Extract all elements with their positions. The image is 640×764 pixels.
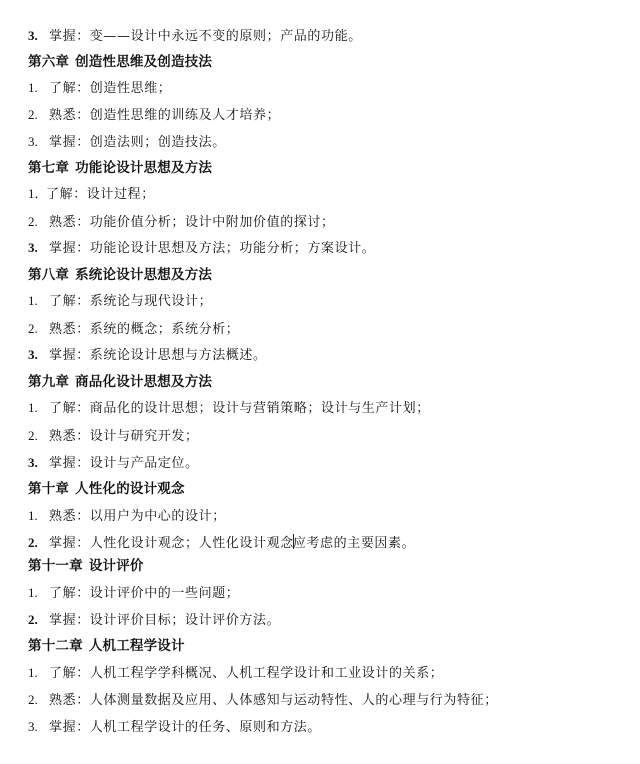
item-number: 1. [28, 506, 49, 526]
chapter-heading: 第六章创造性思维及创造技法 [28, 52, 212, 72]
chapter-number: 第八章 [28, 267, 69, 283]
item-number: 3. [28, 26, 49, 46]
item-text: 掌握：变——设计中永远不变的原则；产品的功能。 [49, 29, 362, 44]
chapter-title: 人机工程学设计 [89, 638, 185, 654]
item-text: 掌握：设计评价目标；设计评价方法。 [49, 613, 280, 628]
item-text: 掌握：人机工程学设计的任务、原则和方法。 [49, 720, 321, 735]
item-number: 1. [28, 398, 49, 418]
item-text: 熟悉：人体测量数据及应用、人体感知与运动特性、人的心理与行为特征； [49, 693, 498, 708]
list-item: 2.掌握：设计评价目标；设计评价方法。 [28, 610, 280, 630]
list-item: 1.了解：创造性思维； [28, 78, 171, 98]
item-number: 2. [28, 690, 49, 710]
item-number: 3. [28, 453, 49, 473]
chapter-number: 第十二章 [28, 638, 83, 654]
list-item: 1.了解：设计评价中的一些问题； [28, 583, 239, 603]
chapter-heading: 第八章系统论设计思想及方法 [28, 265, 212, 285]
item-text: 了解：设计过程； [46, 187, 155, 202]
item-number: 2. [28, 212, 49, 232]
chapter-number: 第十一章 [28, 558, 83, 574]
item-number: 1． [28, 184, 46, 204]
item-number: 1. [28, 78, 49, 98]
item-text: 了解：商品化的设计思想；设计与营销策略；设计与生产计划； [49, 401, 430, 416]
list-item: 2.熟悉：功能价值分析；设计中附加价值的探讨； [28, 212, 335, 232]
list-item: 1．了解：设计过程； [28, 184, 155, 204]
item-text: 了解：系统论与现代设计； [49, 294, 212, 309]
item-number: 2. [28, 533, 49, 553]
item-text: 掌握：功能论设计思想及方法；功能分析；方案设计。 [49, 241, 375, 256]
item-number: 3. [28, 345, 49, 365]
item-text-before-cursor: 掌握：人性化设计观念；人性化设计观念 [49, 536, 294, 551]
item-text: 了解：设计评价中的一些问题； [49, 586, 239, 601]
list-item: 3.掌握：系统论设计思想与方法概述。 [28, 345, 267, 365]
list-item: 2.熟悉：创造性思维的训练及人才培养； [28, 105, 280, 125]
list-item: 1.了解：系统论与现代设计； [28, 291, 212, 311]
chapter-title: 商品化设计思想及方法 [75, 374, 212, 390]
item-number: 1. [28, 291, 49, 311]
list-item: 2.熟悉：人体测量数据及应用、人体感知与运动特性、人的心理与行为特征； [28, 690, 498, 710]
chapter-number: 第六章 [28, 54, 69, 70]
list-item: 1.了解：商品化的设计思想；设计与营销策略；设计与生产计划； [28, 398, 430, 418]
item-number: 3. [28, 132, 49, 152]
list-item: 3.掌握：变——设计中永远不变的原则；产品的功能。 [28, 26, 362, 46]
item-text: 掌握：系统论设计思想与方法概述。 [49, 348, 267, 363]
chapter-heading: 第九章商品化设计思想及方法 [28, 372, 212, 392]
chapter-heading: 第十一章设计评价 [28, 556, 144, 576]
item-number: 2. [28, 105, 49, 125]
item-text: 掌握：设计与产品定位。 [49, 456, 199, 471]
item-text: 熟悉：创造性思维的训练及人才培养； [49, 108, 280, 123]
item-number: 3. [28, 238, 49, 258]
item-number: 3. [28, 717, 49, 737]
list-item: 2.熟悉：系统的概念；系统分析； [28, 319, 239, 339]
chapter-number: 第七章 [28, 160, 69, 176]
list-item: 2.掌握：人性化设计观念；人性化设计观念应考虑的主要因素。 [28, 533, 415, 553]
item-text-after-cursor: 应考虑的主要因素。 [293, 536, 415, 551]
chapter-heading: 第十二章人机工程学设计 [28, 636, 185, 656]
list-item: 3.掌握：人机工程学设计的任务、原则和方法。 [28, 717, 321, 737]
chapter-title: 系统论设计思想及方法 [75, 267, 212, 283]
list-item: 1.熟悉：以用户为中心的设计； [28, 506, 226, 526]
list-item: 3.掌握：创造法则；创造技法。 [28, 132, 226, 152]
item-number: 2. [28, 426, 49, 446]
chapter-title: 设计评价 [89, 558, 144, 574]
chapter-heading: 第七章功能论设计思想及方法 [28, 158, 212, 178]
item-number: 1. [28, 583, 49, 603]
list-item: 3.掌握：设计与产品定位。 [28, 453, 199, 473]
list-item: 3.掌握：功能论设计思想及方法；功能分析；方案设计。 [28, 238, 375, 258]
list-item: 1.了解：人机工程学学科概况、人机工程学设计和工业设计的关系； [28, 663, 443, 683]
list-item: 2.熟悉：设计与研究开发； [28, 426, 199, 446]
item-text: 了解：创造性思维； [49, 81, 171, 96]
chapter-title: 创造性思维及创造技法 [75, 54, 212, 70]
document-page[interactable]: 3.掌握：变——设计中永远不变的原则；产品的功能。 第六章创造性思维及创造技法 … [0, 0, 640, 764]
chapter-heading: 第十章人性化的设计观念 [28, 479, 185, 499]
item-text: 熟悉：以用户为中心的设计； [49, 509, 226, 524]
chapter-title: 人性化的设计观念 [75, 481, 185, 497]
item-number: 2. [28, 610, 49, 630]
item-text: 熟悉：系统的概念；系统分析； [49, 322, 239, 337]
item-text: 了解：人机工程学学科概况、人机工程学设计和工业设计的关系； [49, 666, 443, 681]
chapter-number: 第九章 [28, 374, 69, 390]
item-text: 熟悉：设计与研究开发； [49, 429, 199, 444]
chapter-number: 第十章 [28, 481, 69, 497]
item-text: 掌握：创造法则；创造技法。 [49, 135, 226, 150]
item-text: 熟悉：功能价值分析；设计中附加价值的探讨； [49, 215, 335, 230]
item-number: 1. [28, 663, 49, 683]
item-number: 2. [28, 319, 49, 339]
chapter-title: 功能论设计思想及方法 [75, 160, 212, 176]
